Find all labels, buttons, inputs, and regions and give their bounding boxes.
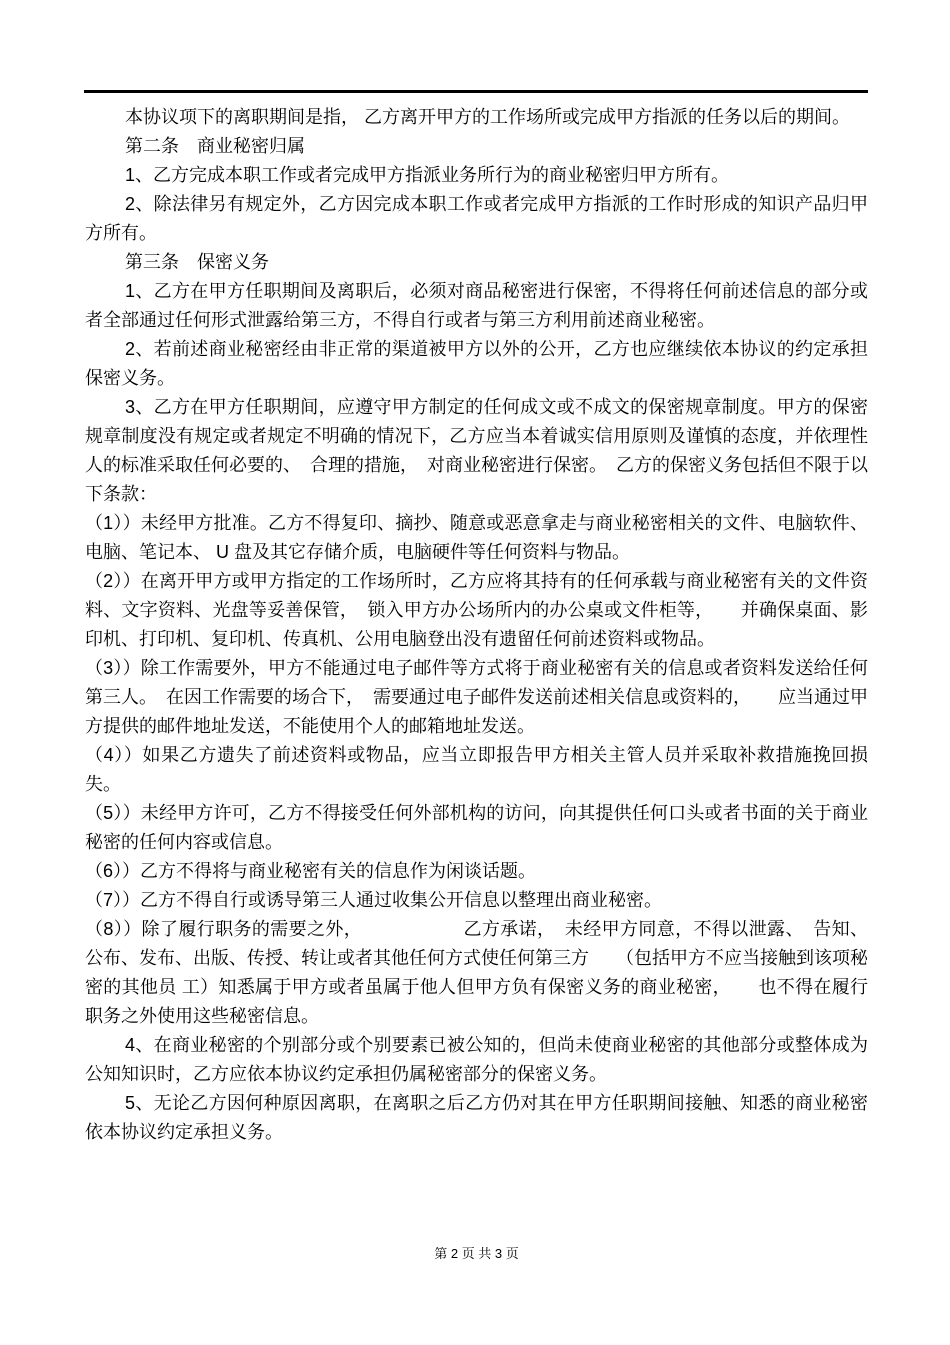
paragraph: 5、无论乙方因何种原因离职，在离职之后乙方仍对其在甲方任职期间接触、知悉的商业秘…: [85, 1089, 868, 1147]
paragraph: （5））未经甲方许可，乙方不得接受任何外部机构的访问，向其提供任何口头或者书面的…: [85, 799, 868, 857]
paragraph: （2））在离开甲方或甲方指定的工作场所时，乙方应将其持有的任何承载与商业秘密有关…: [85, 567, 868, 654]
paragraph: 2、除法律另有规定外，乙方因完成本职工作或者完成甲方指派的工作时形成的知识产品归…: [85, 190, 868, 248]
document-body: 本协议项下的离职期间是指， 乙方离开甲方的工作场所或完成甲方指派的任务以后的期间…: [85, 103, 868, 1147]
paragraph: 3、乙方在甲方任职期间，应遵守甲方制定的任何成文或不成文的保密规章制度。甲方的保…: [85, 393, 868, 509]
document-page: 本协议项下的离职期间是指， 乙方离开甲方的工作场所或完成甲方指派的任务以后的期间…: [0, 0, 950, 1345]
paragraph: （3））除工作需要外，甲方不能通过电子邮件等方式将于商业秘密有关的信息或者资料发…: [85, 654, 868, 741]
paragraph: 本协议项下的离职期间是指， 乙方离开甲方的工作场所或完成甲方指派的任务以后的期间…: [85, 103, 868, 132]
paragraph: 第二条 商业秘密归属: [85, 132, 868, 161]
paragraph: 1、乙方在甲方任职期间及离职后，必须对商品秘密进行保密，不得将任何前述信息的部分…: [85, 277, 868, 335]
paragraph: （6））乙方不得将与商业秘密有关的信息作为闲谈话题。: [85, 857, 868, 886]
page-footer: 第 2 页 共 3 页: [85, 1246, 868, 1262]
paragraph: （7））乙方不得自行或诱导第三人通过收集公开信息以整理出商业秘密。: [85, 886, 868, 915]
paragraph: 2、若前述商业秘密经由非正常的渠道被甲方以外的公开，乙方也应继续依本协议的约定承…: [85, 335, 868, 393]
paragraph: （1））未经甲方批准。乙方不得复印、摘抄、随意或恶意拿走与商业秘密相关的文件、电…: [85, 509, 868, 567]
paragraph: 1、乙方完成本职工作或者完成甲方指派业务所行为的商业秘密归甲方所有。: [85, 161, 868, 190]
page-number-label: 第 2 页 共 3 页: [434, 1246, 519, 1261]
paragraph: 4、在商业秘密的个别部分或个别要素已被公知的，但尚未使商业秘密的其他部分或整体成…: [85, 1031, 868, 1089]
paragraph: （4））如果乙方遗失了前述资料或物品，应当立即报告甲方相关主管人员并采取补救措施…: [85, 741, 868, 799]
paragraph: 第三条 保密义务: [85, 248, 868, 277]
header-rule: [84, 90, 868, 93]
paragraph: （8））除了履行职务的需要之外， 乙方承诺， 未经甲方同意，不得以泄露、 告知、…: [85, 915, 868, 1031]
